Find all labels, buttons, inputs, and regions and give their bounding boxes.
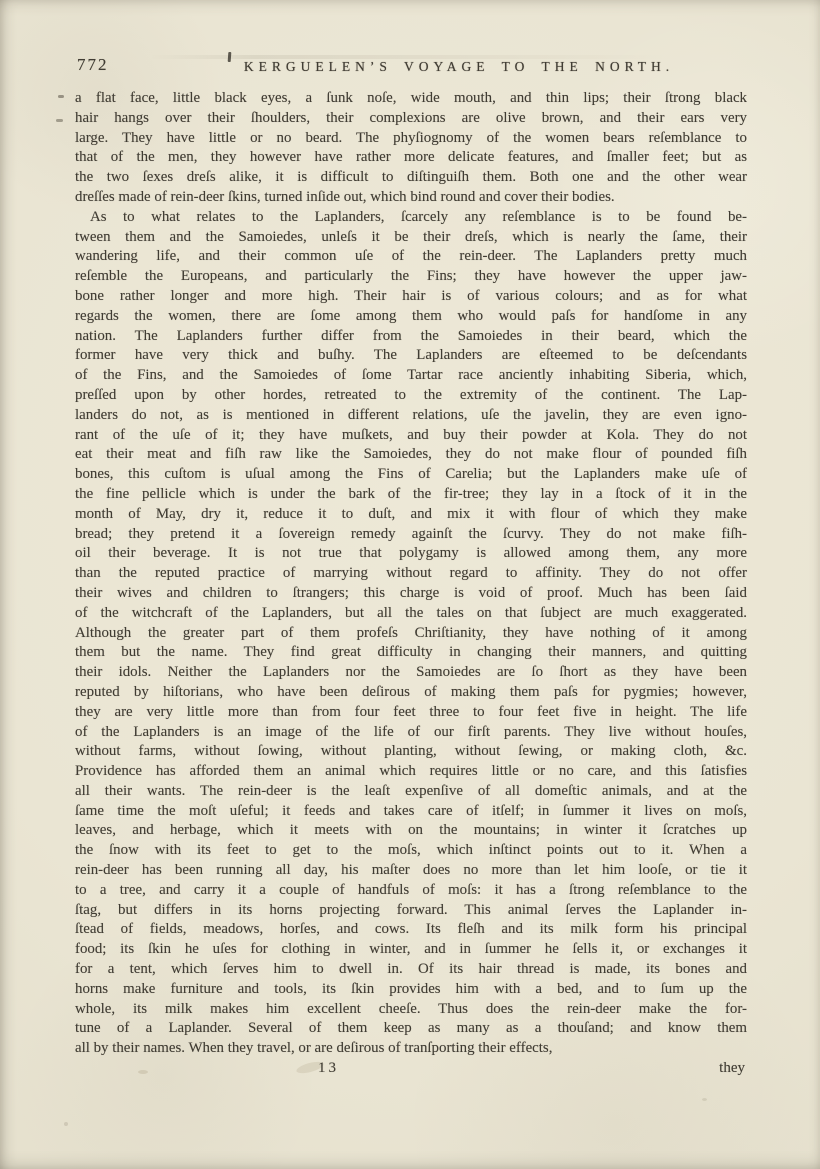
text-line: rein-deer has been running all day, his … — [75, 861, 747, 881]
text-line: all their wants. The rein-deer is the le… — [75, 782, 747, 802]
text-line: they are very little more than from four… — [75, 703, 747, 723]
page-footer: 13 they — [75, 1060, 747, 1080]
text-line: tween them and the Samoiedes, unleſs it … — [75, 228, 747, 248]
signature-mark: 13 — [318, 1060, 339, 1077]
paper-speck — [702, 1098, 707, 1101]
text-line: bread; they pretend it a ſovereign remed… — [75, 525, 747, 545]
text-line: of the Fins, and the Samoiedes of ſome T… — [75, 366, 747, 386]
text-line: of the witchcraft of the Laplanders, but… — [75, 604, 747, 624]
text-line: Although the greater part of them profeſ… — [75, 624, 747, 644]
book-page: 772 KERGUELEN’S VOYAGE TO THE NORTH. a f… — [0, 0, 820, 1169]
text-line: wandering life, and their common uſe of … — [75, 247, 747, 267]
text-line: ſtead of fields, meadows, horſes, and co… — [75, 920, 747, 940]
text-line: bone rather longer and more high. Their … — [75, 287, 747, 307]
text-line: without farms, without ſowing, without p… — [75, 742, 747, 762]
text-line: them but the name. They find great diffi… — [75, 643, 747, 663]
text-line: regards the women, there are ſome among … — [75, 307, 747, 327]
paper-speck — [56, 119, 63, 122]
text-line: food; its ſkin he uſes for clothing in w… — [75, 940, 747, 960]
text-line: rant of the uſe of it; they have muſkets… — [75, 426, 747, 446]
text-line: month of May, dry it, reduce it to duſt,… — [75, 505, 747, 525]
text-line: preſſed upon by other hordes, retreated … — [75, 386, 747, 406]
text-line: their idols. Neither the Laplanders nor … — [75, 663, 747, 683]
text-line: As to what relates to the Laplanders, ſc… — [75, 208, 747, 228]
catchword: they — [719, 1060, 745, 1077]
running-title: KERGUELEN’S VOYAGE TO THE NORTH. — [98, 59, 820, 75]
text-line: a flat face, little black eyes, a ſunk n… — [75, 89, 747, 109]
text-line: oil their beverage. It is not true that … — [75, 544, 747, 564]
text-line: dreſſes made of rein-deer ſkins, turned … — [75, 188, 747, 208]
text-line: eat their meat and fiſh raw like the Sam… — [75, 445, 747, 465]
text-line: ſtag, but differs in its horns projectin… — [75, 901, 747, 921]
text-line: whole, its milk makes him excellent chee… — [75, 1000, 747, 1020]
text-line: tune of a Laplander. Several of them kee… — [75, 1019, 747, 1039]
text-line: large. They have little or no beard. The… — [75, 129, 747, 149]
text-line: landers do not, as is mentioned in diffe… — [75, 406, 747, 426]
text-line: Providence has afforded them an animal w… — [75, 762, 747, 782]
paper-speck — [64, 1122, 68, 1126]
text-line: former have very thick and buſhy. The La… — [75, 346, 747, 366]
text-line: horns make furniture and tools, its ſkin… — [75, 980, 747, 1000]
text-line: reſemble the Europeans, and particularly… — [75, 267, 747, 287]
text-line: nation. The Laplanders further differ fr… — [75, 327, 747, 347]
text-line: for a tent, which ſerves him to dwell in… — [75, 960, 747, 980]
text-line: of the Laplanders is an image of the lif… — [75, 723, 747, 743]
text-line: ſame time the moſt uſeful; it feeds and … — [75, 802, 747, 822]
text-line: the ſnow with its feet to get to the moſ… — [75, 841, 747, 861]
text-line: leaves, and herbage, which it meets with… — [75, 821, 747, 841]
text-line: that of the men, they however have rathe… — [75, 148, 747, 168]
text-line: the two ſexes dreſs alike, it is difficu… — [75, 168, 747, 188]
text-line: all by their names. When they travel, or… — [75, 1039, 747, 1059]
text-line: than the reputed practice of marrying wi… — [75, 564, 747, 584]
text-line: to a tree, and carry it a couple of hand… — [75, 881, 747, 901]
text-line: hair hangs over their ſhoulders, their c… — [75, 109, 747, 129]
text-line: their wives and children to ſtrangers; t… — [75, 584, 747, 604]
paper-speck — [58, 95, 64, 98]
page-body: a flat face, little black eyes, a ſunk n… — [75, 89, 747, 1059]
text-line: bones, this cuſtom is uſual among the Fi… — [75, 465, 747, 485]
text-line: the fine pellicle which is under the bar… — [75, 485, 747, 505]
text-line: reputed by hiſtorians, who have been deſ… — [75, 683, 747, 703]
